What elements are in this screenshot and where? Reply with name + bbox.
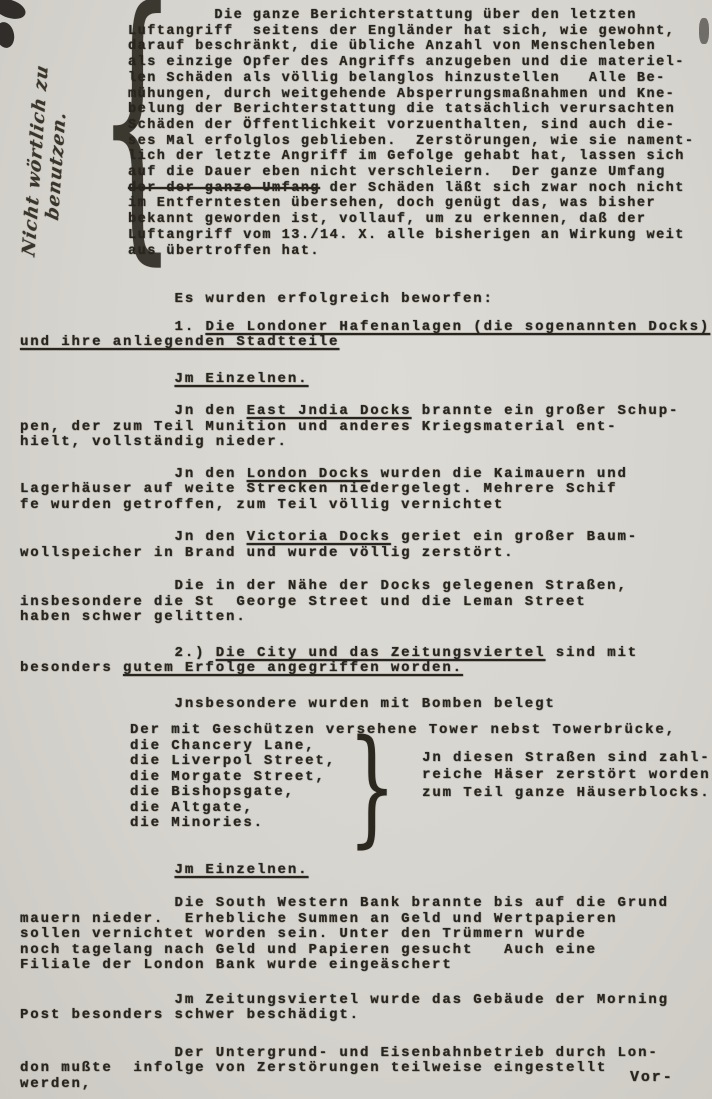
heading-docks: 1. Die Londoner Hafenanlagen (die sogena… — [20, 320, 712, 351]
document-page: Nicht wörtlich zu benutzen. { Die ganze … — [0, 0, 712, 1099]
streets-columns: die Chancery Lane,die Liverpol Street,di… — [130, 739, 712, 837]
paragraph-morning-post: Jm Zeitungsviertel wurde das Gebäude der… — [20, 993, 712, 1024]
heading-im-einzelnen-1: Jm Einzelnen. — [20, 372, 712, 388]
bombed-targets-block: Der mit Geschützen versehene Tower nebst… — [130, 723, 712, 837]
success-statement: Es wurden erfolgreich beworfen: — [20, 292, 712, 308]
paragraph-untergrund: Der Untergrund- und Eisenbahnbetrieb dur… — [20, 1046, 712, 1093]
scan-artifact — [0, 20, 17, 49]
tower-line: Der mit Geschützen versehene Tower nebst… — [130, 723, 712, 739]
paragraph-east-india-docks: Jn den East Jndia Docks brannte ein groß… — [20, 404, 712, 451]
paragraph-victoria-docks: Jn den Victoria Docks geriet ein großer … — [20, 530, 712, 561]
scan-artifact — [699, 18, 709, 44]
scan-artifact — [0, 0, 28, 23]
report-body: Es wurden erfolgreich beworfen: 1. Die L… — [20, 292, 712, 1092]
handwritten-margin-note: Nicht wörtlich zu benutzen. — [15, 8, 77, 318]
street-list: die Chancery Lane,die Liverpol Street,di… — [130, 739, 348, 832]
bombs-intro-line: Jnsbesondere wurden mit Bomben belegt — [20, 697, 712, 713]
grouping-brace-icon: } — [348, 737, 397, 837]
catchword: Vor- — [630, 1070, 674, 1086]
streets-damage-note: Jn diesen Straßen sind zahl-reiche Häser… — [422, 739, 712, 803]
paragraph-streets-near-docks: Die in der Nähe der Docks gelegenen Stra… — [20, 579, 712, 626]
intro-paragraph: Die ganze Berichterstattung über den let… — [128, 8, 694, 259]
paragraph-south-western-bank: Die South Western Bank brannte bis auf d… — [20, 896, 712, 974]
paragraph-london-docks: Jn den London Docks wurden die Kaimauern… — [20, 467, 712, 514]
heading-im-einzelnen-2: Jm Einzelnen. — [20, 863, 712, 879]
heading-city-zeitungsviertel: 2.) Die City und das Zeitungsviertel sin… — [20, 646, 712, 677]
